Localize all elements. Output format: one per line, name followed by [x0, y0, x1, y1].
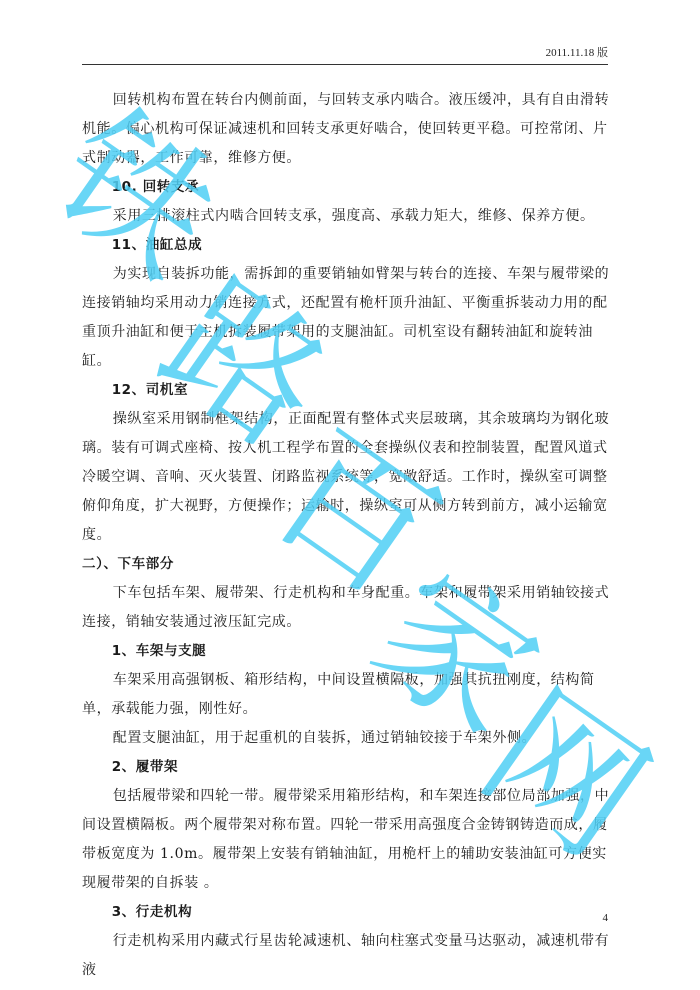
document-body: 回转机构布置在转台内侧前面，与回转支承内啮合。液压缓冲，具有自由滑转机能。偏心机… — [82, 86, 612, 985]
heading-travel-mechanism: 3、行走机构 — [82, 898, 612, 927]
section-undercarriage: 二）、下车部分 — [82, 550, 612, 579]
heading-cab: 12、司机室 — [82, 376, 612, 405]
paragraph-frame: 车架采用高强钢板、箱形结构，中间设置横隔板，加强其抗扭刚度，结构简单，承载能力强… — [82, 666, 612, 724]
paragraph-travel-mechanism: 行走机构采用内藏式行星齿轮减速机、轴向柱塞式变量马达驱动，减速机带有液 — [82, 927, 612, 985]
heading-crawler-frame: 2、履带架 — [82, 753, 612, 782]
heading-cylinder-assembly: 11、油缸总成 — [82, 231, 612, 260]
document-version: 2011.11.18 版 — [546, 44, 608, 60]
paragraph-slewing-mechanism: 回转机构布置在转台内侧前面，与回转支承内啮合。液压缓冲，具有自由滑转机能。偏心机… — [82, 86, 612, 173]
heading-slewing-bearing: 10. 回转支承 — [82, 173, 612, 202]
paragraph-cylinder-assembly: 为实现自装拆功能，需拆卸的重要销轴如臂架与转台的连接、车架与履带梁的连接销轴均采… — [82, 260, 612, 376]
heading-frame-outriggers: 1、车架与支腿 — [82, 637, 612, 666]
paragraph-outriggers: 配置支腿油缸，用于起重机的自装拆，通过销轴铰接于车架外侧。 — [82, 724, 612, 753]
paragraph-crawler-frame: 包括履带梁和四轮一带。履带梁采用箱形结构，和车架连接部位局部加强，中间设置横隔板… — [82, 782, 612, 898]
paragraph-cab: 操纵室采用钢制框架结构，正面配置有整体式夹层玻璃，其余玻璃均为钢化玻璃。装有可调… — [82, 405, 612, 550]
paragraph-slewing-bearing: 采用三排滚柱式内啮合回转支承，强度高、承载力矩大，维修、保养方便。 — [82, 202, 612, 231]
page-number: 4 — [603, 912, 609, 924]
paragraph-undercarriage: 下车包括车架、履带架、行走机构和车身配重。车架和履带架采用销轴铰接式连接，销轴安… — [82, 579, 612, 637]
header-divider — [82, 64, 608, 65]
